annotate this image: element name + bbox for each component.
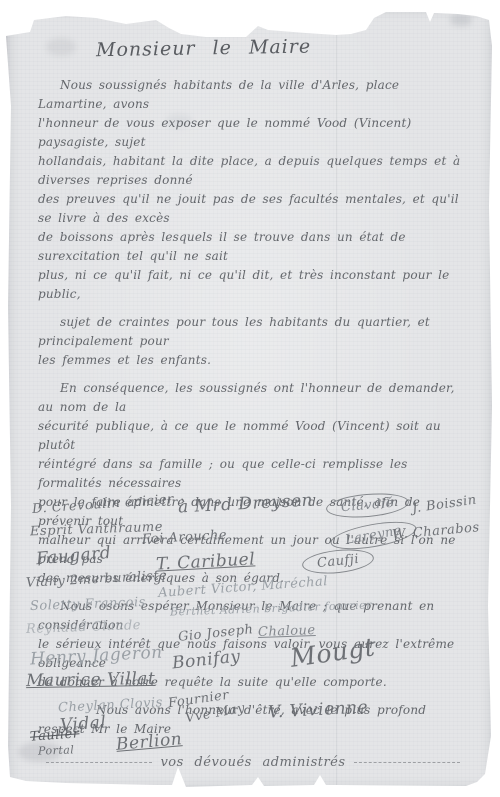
scanned-page: Monsieur le Maire Nous soussignés habita… [0,0,500,797]
letter-paragraph-1: Nous soussignés habitants de la ville d'… [38,76,468,304]
signature: Portal [38,743,75,757]
stain [450,14,472,26]
letter-paragraph-2: sujet de craintes pour tous les habitant… [38,313,468,370]
signature: Maurice Villat [26,669,156,691]
letter-salutation: Monsieur le Maire [96,31,468,63]
divider-dash-right [354,762,460,763]
signature-divider: vos dévoués administrés [38,753,468,772]
signature: Chaloue [258,623,316,640]
divider-label: vos dévoués administrés [160,753,345,772]
divider-dash-left [46,762,152,763]
